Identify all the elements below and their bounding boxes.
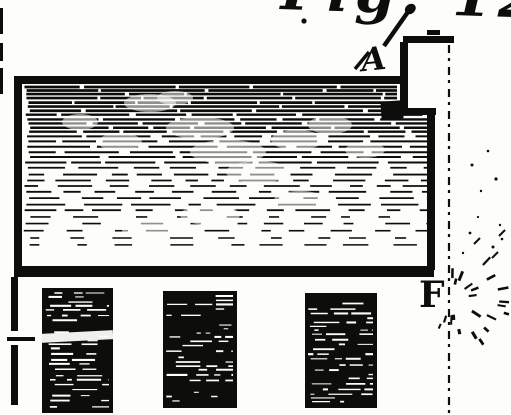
label-a: A	[359, 42, 387, 76]
label-f: F	[419, 277, 445, 313]
engraving-figure: Fig. 12. A F	[0, 0, 511, 415]
figure-caption: Fig. 12.	[280, 0, 511, 28]
engraving-drawing	[0, 0, 511, 415]
